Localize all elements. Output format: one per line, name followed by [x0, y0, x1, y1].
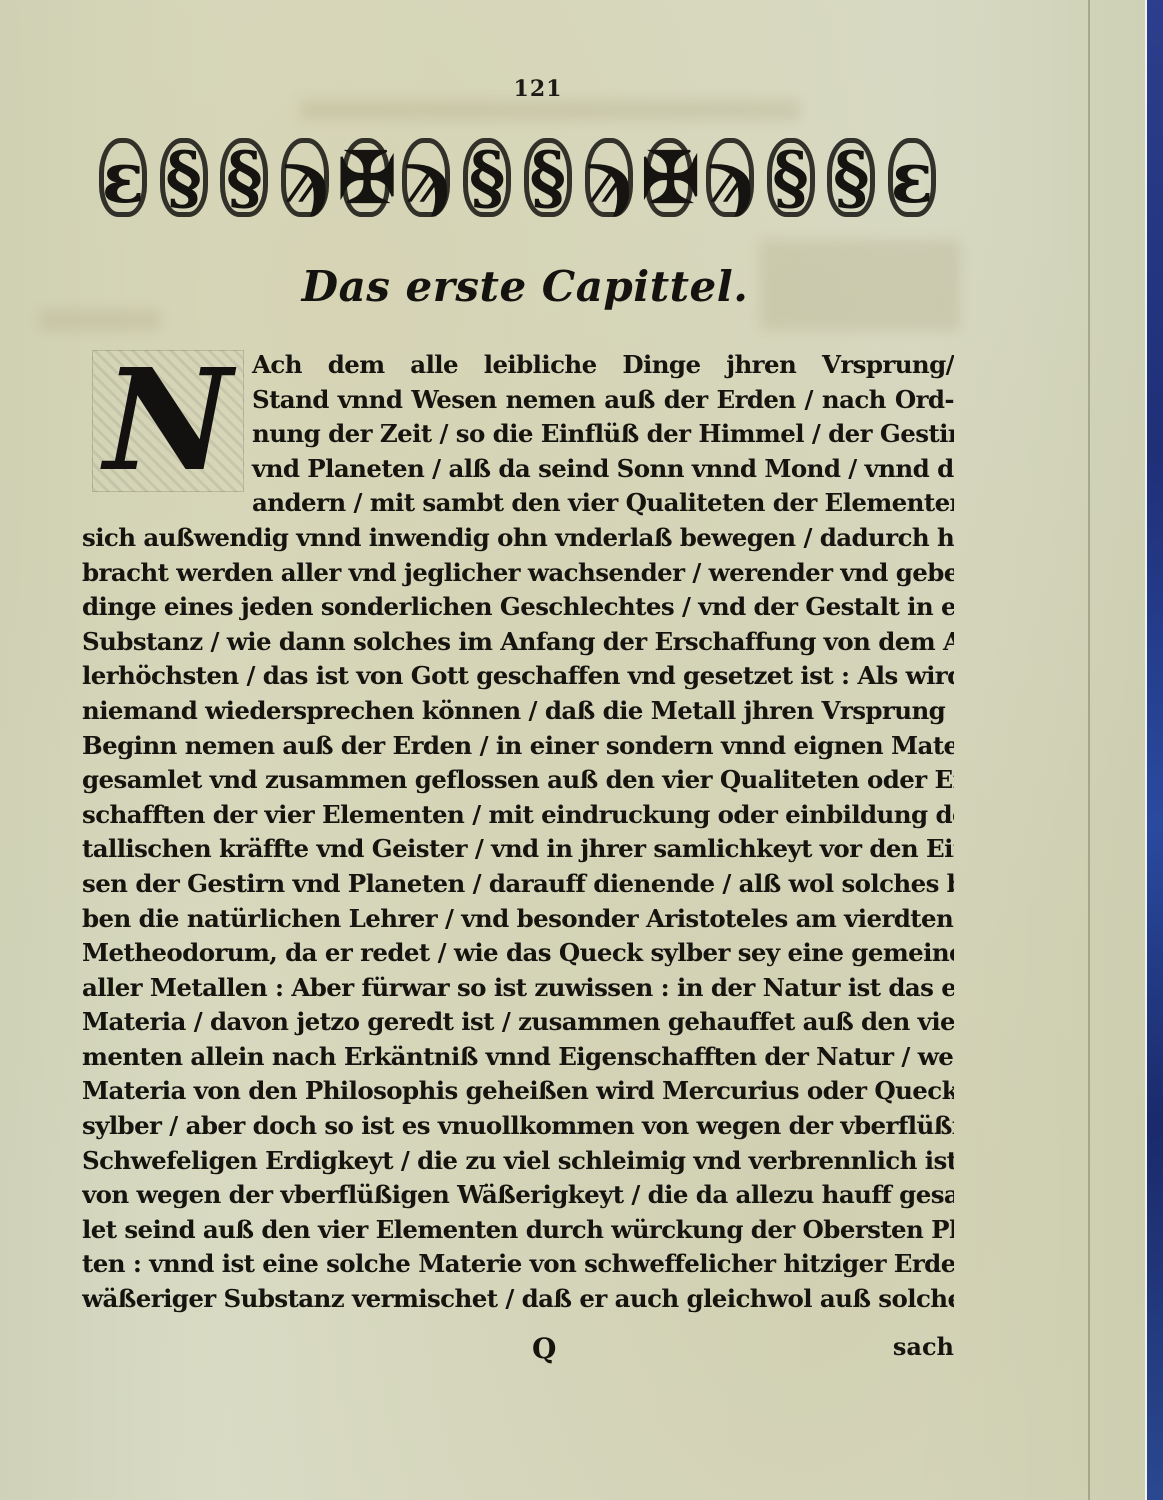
text-line: Materia von den Philosophis geheißen wir… — [82, 1074, 954, 1109]
signature-mark: Q — [532, 1332, 556, 1365]
text-line: Materia / davon jetzo geredt ist / zusam… — [82, 1005, 954, 1040]
ornament-icon: § — [459, 130, 515, 225]
text-line: vnd Planeten / alß da seind Sonn vnnd Mo… — [82, 452, 954, 487]
ornament-icon: ϡ — [277, 130, 333, 225]
text-line: lerhöchsten / das ist von Gott geschaffe… — [82, 659, 954, 694]
text-line: Schwefeligen Erdigkeyt / die zu viel sch… — [82, 1144, 954, 1179]
text-line: gesamlet vnd zusammen geflossen auß den … — [82, 763, 954, 798]
chapter-title: Das erste Capittel. — [0, 262, 1050, 311]
text-line: ben die natürlichen Lehrer / vnd besonde… — [82, 902, 954, 937]
text-line: let seind auß den vier Elementen durch w… — [82, 1213, 954, 1248]
ornament-icon: § — [763, 130, 819, 225]
page-edge-line — [1088, 0, 1090, 1500]
text-line: sylber / aber doch so ist es vnuollkomme… — [82, 1109, 954, 1144]
text-line: Ach dem alle leibliche Dinge jhren Vrspr… — [82, 348, 954, 383]
ornament-icon: § — [823, 130, 879, 225]
text-line: Metheodorum, da er redet / wie das Queck… — [82, 936, 954, 971]
ornament-icon: § — [156, 130, 212, 225]
show-through-stain — [40, 310, 160, 330]
text-line: Stand vnnd Wesen nemen auß der Erden / n… — [82, 383, 954, 418]
document-page: 121 ε § § ϡ ✠ ϡ § § ϡ ✠ ϡ § § ε Das erst… — [0, 0, 1145, 1500]
text-line: Substanz / wie dann solches im Anfang de… — [82, 625, 954, 660]
page-footer: Q sach — [82, 1332, 954, 1368]
text-line: aller Metallen : Aber fürwar so ist zuwi… — [82, 971, 954, 1006]
ornament-icon: § — [520, 130, 576, 225]
ornament-icon: ε — [95, 130, 151, 225]
ornament-icon: ✠ — [641, 130, 697, 225]
text-line: niemand wiedersprechen können / daß die … — [82, 694, 954, 729]
ornamental-header-band: ε § § ϡ ✠ ϡ § § ϡ ✠ ϡ § § ε — [95, 125, 940, 230]
text-line: Beginn nemen auß der Erden / in einer so… — [82, 729, 954, 764]
catchword: sach — [893, 1332, 954, 1361]
show-through-stain — [300, 100, 800, 120]
text-line: sich außwendig vnnd inwendig ohn vnderla… — [82, 521, 954, 556]
blue-book-cover-edge — [1145, 0, 1163, 1500]
text-line: nung der Zeit / so die Einflüß der Himme… — [82, 417, 954, 452]
text-line: sen der Gestirn vnd Planeten / darauff d… — [82, 867, 954, 902]
ornament-icon: ✠ — [338, 130, 394, 225]
ornament-icon: ϡ — [702, 130, 758, 225]
page-number: 121 — [508, 76, 568, 102]
body-text: Ach dem alle leibliche Dinge jhren Vrspr… — [82, 348, 954, 1317]
text-line: ten : vnnd ist eine solche Materie von s… — [82, 1247, 954, 1282]
text-line: wäßeriger Substanz vermischet / daß er a… — [82, 1282, 954, 1317]
text-line: andern / mit sambt den vier Qualiteten d… — [82, 486, 954, 521]
text-line: von wegen der vberflüßigen Wäßerigkeyt /… — [82, 1178, 954, 1213]
ornament-icon: ϡ — [581, 130, 637, 225]
ornament-icon: ε — [884, 130, 940, 225]
text-line: schafften der vier Elementen / mit eindr… — [82, 798, 954, 833]
text-line: tallischen kräffte vnd Geister / vnd in … — [82, 832, 954, 867]
ornament-icon: § — [216, 130, 272, 225]
text-line: menten allein nach Erkäntniß vnnd Eigens… — [82, 1040, 954, 1075]
text-line: bracht werden aller vnd jeglicher wachse… — [82, 556, 954, 591]
text-line: dinge eines jeden sonderlichen Geschlech… — [82, 590, 954, 625]
ornament-icon: ϡ — [398, 130, 454, 225]
